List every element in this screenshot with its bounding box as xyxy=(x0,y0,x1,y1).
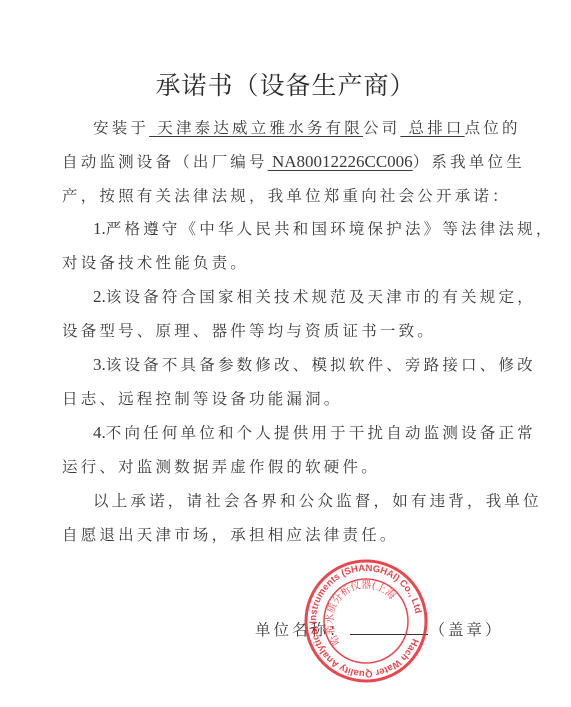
intro-line-3: 产，按照有关法律法规，我单位郑重向社会公开承诺： xyxy=(62,186,511,206)
monitoring-location: 总排口 xyxy=(400,119,464,137)
commitment-2-line-2: 设备型号、原理、器件等均与资质证书一致。 xyxy=(62,321,436,341)
intro-prefix: 安装于 xyxy=(93,119,149,137)
company-name: 天津泰达威立雅水务有限 xyxy=(149,119,363,137)
stamp-outer-text: Hach Water Quality Analytical Instrument… xyxy=(303,558,429,684)
svg-text:Hach Water Quality Analytical: Hach Water Quality Analytical Instrument… xyxy=(303,558,429,684)
commitment-2-line-1: 2.该设备符合国家相关技术规范及天津市的有关规定， xyxy=(93,287,536,307)
commitment-1-line-2: 对设备技术性能负责。 xyxy=(62,253,249,273)
document-title: 承诺书（设备生产商） xyxy=(0,66,571,102)
serial-number: NA80012226CC006 xyxy=(268,152,413,171)
intro-suffix: 点位的 xyxy=(465,119,521,137)
commitment-4-line-1: 4.不向任何单位和个人提供用于干扰自动监测设备正常 xyxy=(93,423,536,443)
intro-line-1: 安装于 天津泰达威立雅水务有限公司 总排口点位的 xyxy=(93,118,521,138)
serial-suffix: ）系我单位生 xyxy=(413,153,525,171)
seal-note: （盖章） xyxy=(430,621,504,639)
commitment-4-line-2: 运行、对监测数据弄虚作假的软硬件。 xyxy=(62,457,380,477)
closing-line-2: 自愿退出天津市场，承担相应法律责任。 xyxy=(62,525,399,545)
commitment-1-line-1: 1.严格遵守《中华人民共和国环境保护法》等法律法规， xyxy=(93,219,555,239)
commitment-3-line-2: 日志、远程控制等设备功能漏洞。 xyxy=(62,389,343,409)
serial-prefix: 自动监测设备（出厂编号 xyxy=(62,153,268,171)
closing-line-1: 以上承诺，请社会各界和公众监督，如有违背，我单位 xyxy=(93,491,542,511)
commitment-letter: 承诺书（设备生产商） 安装于 天津泰达威立雅水务有限公司 总排口点位的 自动监测… xyxy=(0,0,571,707)
company-seal-icon: Hach Water Quality Analytical Instrument… xyxy=(303,558,429,684)
intro-line-2: 自动监测设备（出厂编号 NA80012226CC006）系我单位生 xyxy=(62,152,525,172)
commitment-3-line-1: 3.该设备不具备参数修改、模拟软件、旁路接口、修改 xyxy=(93,355,536,375)
company-suffix: 公司 xyxy=(363,119,400,137)
